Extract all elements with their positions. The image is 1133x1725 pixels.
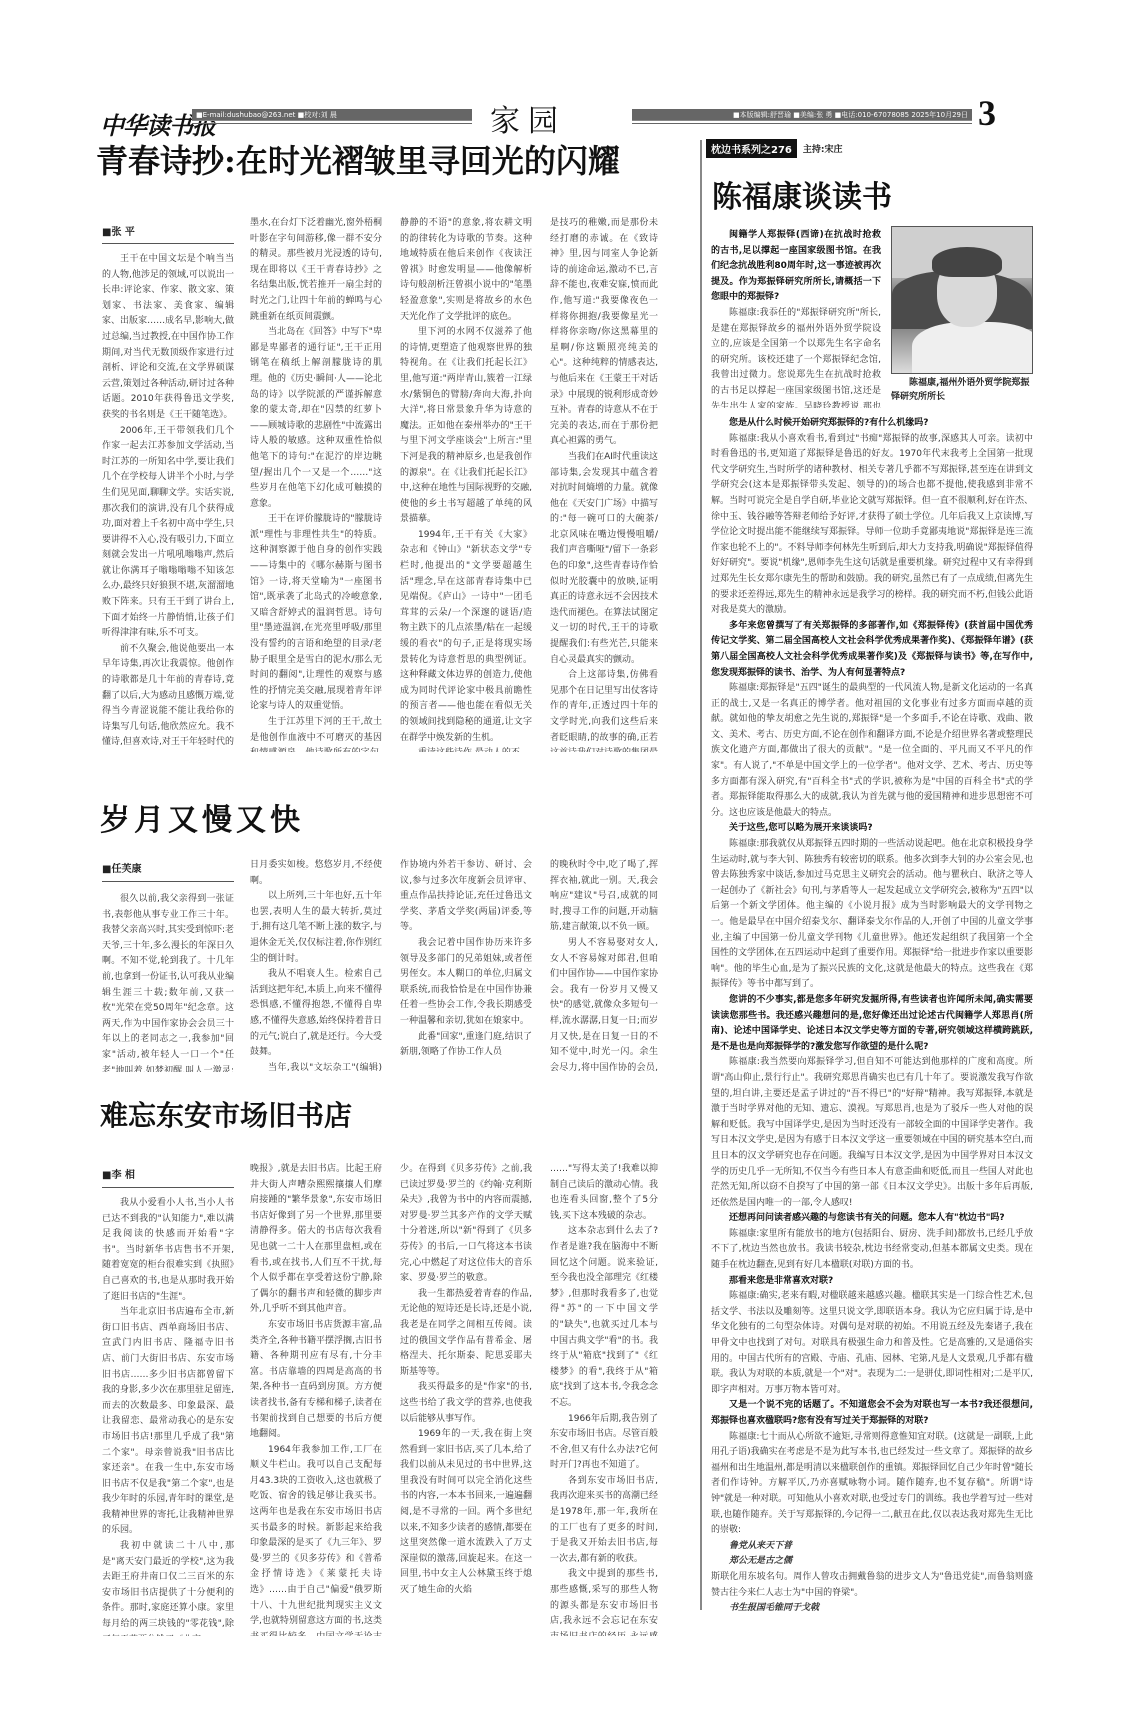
article2-column-4: 的晚秋时令中,吃了喝了,挥挥衣袖,就此一别。天,我会响应"建议"号召,成就的同时… bbox=[550, 858, 658, 1072]
paragraph: 我会记着中国作协历来许多领导及多部门的兄弟姐妹,或者侄男侄女。本人糊口的单位,归… bbox=[400, 936, 532, 1030]
paragraph: 作协境内外若干参访、研讨、会议,参与过多次年度新会员评审、重点作品扶持论证,充任… bbox=[400, 858, 532, 936]
answer-paragraph: 陈福康:我忝任的"郑振铎研究所"所长,是建在郑振铎故乡的福州外语外贸学院设立的,… bbox=[711, 306, 881, 408]
paragraph: 很久以前,我父亲得到一张证书,表彰他从事专业工作三十年。我替父亲高兴时,其实受到… bbox=[102, 892, 234, 1072]
article2-byline-rule bbox=[102, 881, 234, 882]
question-paragraph: 多年来您曾撰写了有关郑振铎的多部著作,如《郑振铎传》(获首届中国优秀传记文学奖、… bbox=[711, 619, 1033, 681]
paragraph: 我文中提到的那些书,那些感慨,采写的那些人物的源头都是东安市场旧书店,我永远不会… bbox=[550, 1567, 658, 1636]
paragraph: 重读这些诗作,最动人的不 bbox=[400, 746, 532, 752]
article2-headline: 岁月又慢又快 bbox=[100, 795, 304, 839]
interview-intro-column: 闽籍学人郑振铎(西谛)在抗战时抢救的古书,足以撑起一座国家级图书馆。在我们纪念抗… bbox=[711, 228, 881, 408]
paragraph: 1964年我参加工作,工厂在顺义牛栏山。我可以自己支配每月43.3块的工资收入,… bbox=[250, 1443, 382, 1636]
article1-headline: 青春诗抄:在时光褶皱里寻回光的闪耀 bbox=[96, 136, 620, 182]
interview-headline: 陈福康谈读书 bbox=[712, 172, 892, 216]
article1-byline-rule bbox=[102, 243, 234, 244]
article3-byline-rule bbox=[102, 1187, 234, 1188]
question-paragraph: 又是一个说不完的话题了。不知道您会不会为对联也写一本书?我还很想问,郑振铎也喜欢… bbox=[711, 1398, 1033, 1429]
article1-column-4: 是技巧的稚嫩,而是那份未经打磨的赤诚。在《致诗神》里,因与同室人争论新诗的前途命… bbox=[550, 216, 658, 752]
paragraph: 当北岛在《回答》中写下"卑鄙是卑鄙者的通行证",王干正用钢笔在稿纸上解剖朦胧诗的… bbox=[250, 325, 382, 512]
article2-column-1: 很久以前,我父亲得到一张证书,表彰他从事专业工作三十年。我替父亲高兴时,其实受到… bbox=[102, 892, 234, 1072]
paragraph: 各到东安市场旧书店,我再次迎来买书的高潮已经是1978年,那一年,我所在的工厂也… bbox=[550, 1474, 658, 1568]
column-divider bbox=[700, 140, 702, 1610]
paragraph: 静静的不语"的意象,将农耕文明的韵律转化为诗歌的节奏。这种地域特质在他后来创作《… bbox=[400, 216, 532, 325]
couplet-line: 书生报国毛锥同于戈戟 bbox=[711, 1601, 1033, 1616]
answer-paragraph: 陈福康:家里所有能放书的地方(包括阳台、厨房、洗手间)都放书,已经几乎放不下了,… bbox=[711, 1227, 1033, 1274]
article1-byline: ■张 平 bbox=[102, 223, 135, 238]
answer-paragraph: 陈福康:七十而从心所欲不逾矩,寻常则得意惟知宜对联。(这就是一副联,上此用孔子语… bbox=[711, 1430, 1033, 1539]
page-number: 3 bbox=[978, 92, 996, 134]
paragraph: 男人不容易娶对女人,女人不容易嫁对郎君,但咱们中国作协——中国作家协会。我有一份… bbox=[550, 936, 658, 1072]
masthead-right-bar: ■本版编辑:舒晋瑜 ■美编:张 勇 ■电话:010-67078085 2025年… bbox=[632, 109, 972, 121]
paragraph: 当年,我以"文坛杂工"(编辑)的身份入会,在文豪如云的团体里,意外受到关照,参加… bbox=[250, 1061, 382, 1072]
photo-caption: 陈福康,福州外语外贸学院郑振铎研究所所长 bbox=[891, 376, 1033, 404]
paragraph: 1966年后期,我告别了东安市场旧书店。尽管百般不舍,但又有什么办法?它何时开门… bbox=[550, 1412, 658, 1474]
article1-column-1: 王干在中国文坛是个响当当的人物,他涉足的领域,可以说出一长串:评论家、作家、散文… bbox=[102, 252, 234, 752]
article2-column-2: 日月委实如梭。悠悠岁月,不经使啊。 以上所列,三十年也好,五十年也罢,表明人生的… bbox=[250, 858, 382, 1072]
paragraph: 这本杂志到什么去了?作者是谁?我在脑海中不断回忆这个问题。说来验证,至今我也没全… bbox=[550, 1224, 658, 1411]
paragraph: 合上这部诗集,仿佛看见那个在日记里写出仗客诗作的青年,正透过四十年的文学时光,向… bbox=[550, 668, 658, 752]
paragraph: 1994年,王干有关《大家》杂志和《钟山》"新状态文学"专栏时,他提出的"文学要… bbox=[400, 528, 532, 746]
paragraph: 墨水,在台灯下泛着幽光,窗外梧桐叶影在字句间游移,像一群不安分的精灵。那些被月光… bbox=[250, 216, 382, 325]
masthead-right-rule bbox=[632, 123, 972, 124]
paragraph: 生于江苏里下河的王干,故土是他创作血液中不可磨灭的基因和情感源泉。他诗歌所有的字… bbox=[250, 715, 382, 752]
intro-question: 闽籍学人郑振铎(西谛)在抗战时抢救的古书,足以撑起一座国家级图书馆。在我们纪念抗… bbox=[711, 228, 881, 306]
masthead-left-rule bbox=[192, 123, 472, 124]
paragraph: 王干在中国文坛是个响当当的人物,他涉足的领域,可以说出一长串:评论家、作家、散文… bbox=[102, 252, 234, 424]
series-tag: 枕边书系列之276 bbox=[706, 139, 797, 158]
paragraph: 王干在评价朦胧诗的"朦胧诗派"理性与非理性共生"的特质。这种洞察源于他自身的创作… bbox=[250, 512, 382, 715]
question-paragraph: 还想再问问读者感兴趣的与您读书有关的问题。您本人有"枕边书"吗? bbox=[711, 1211, 1033, 1227]
paragraph: 以上所列,三十年也好,五十年也罢,表明人生的最大转折,莫过于,拥有这几笔不断上涨… bbox=[250, 889, 382, 967]
question-paragraph: 您讲的不少事实,都是您多年研究发掘所得,有些读者也许闻所未闻,确实需要读读您那些… bbox=[711, 993, 1033, 1055]
couplet-line: 郑公无是古之儒 bbox=[711, 1554, 1033, 1570]
paragraph: 晚报》,就是去旧书店。比起王府井大街人声嘈杂熙熙攘攘人们摩肩接踵的"繁华景象",… bbox=[250, 1162, 382, 1318]
answer-paragraph: 陈福康:我当然要向郑振铎学习,但自知不可能达到他那样的广度和高度。所谓"高山仰止… bbox=[711, 1055, 1033, 1211]
host-credit: 主持:宋庄 bbox=[803, 142, 843, 155]
answer-paragraph: 陈福康:郑振铎是"五四"诞生的最典型的一代风流人物,是新文化运动的一名真正的战士… bbox=[711, 681, 1033, 821]
paragraph: 里下河的水网不仅滋养了他的诗情,更塑造了他观察世界的独特视角。在《让我们托起长江… bbox=[400, 325, 532, 528]
paragraph: 当我们在AI时代重读这部诗集,会发现其中蕴含着对抗时间熵增的力量。就像他在《天安… bbox=[550, 450, 658, 668]
paragraph: 的晚秋时令中,吃了喝了,挥挥衣袖,就此一别。天,我会响应"建议"号召,成就的同时… bbox=[550, 858, 658, 936]
article3-column-3: 少。在得到《贝多芬传》之前,我已读过罗曼·罗兰的《约翰·克利斯朵夫》,我曾为书中… bbox=[400, 1162, 532, 1636]
paragraph: 当年北京旧书店遍布全市,新街口旧书店、西单商场旧书店、宣武门内旧书店、隆福寺旧书… bbox=[102, 1305, 234, 1539]
answer-paragraph: 陈福康:那我就仅从郑振铎五四时期的一些活动说起吧。他在北京积极投身学生运动时,就… bbox=[711, 837, 1033, 993]
paragraph: 是技巧的稚嫩,而是那份未经打磨的赤诚。在《致诗神》里,因与同室人争论新诗的前途命… bbox=[550, 216, 658, 450]
answer-paragraph: 陈福康:确实,老来有暇,对楹联越来越感兴趣。楹联其实是一门综合性艺术,包括文学、… bbox=[711, 1289, 1033, 1398]
question-paragraph: 那看来您是非常喜欢对联? bbox=[711, 1274, 1033, 1290]
paragraph: 1969年的一天,我在街上突然看到一家旧书店,买了几本,给了我们以前从未见过的书… bbox=[400, 1427, 532, 1599]
paragraph: 少。在得到《贝多芬传》之前,我已读过罗曼·罗兰的《约翰·克利斯朵夫》,我曾为书中… bbox=[400, 1162, 532, 1287]
paragraph: 此番"回家",重逢门庭,结识了新朋,领略了作协工作人员 bbox=[400, 1030, 532, 1061]
paragraph: 前不久聚会,他说他要出一本早年诗集,再次让我震惊。他创作的诗歌都是几十年前的青春… bbox=[102, 642, 234, 752]
couplet-line: 鲁党从来天下普 bbox=[711, 1539, 1033, 1555]
article3-headline: 难忘东安市场旧书店 bbox=[100, 1094, 352, 1134]
paragraph: 我从不唱衰人生。检索自己活到这把年纪,本质上,向来不懂得恐惧感,不懂得抱怨,不懂… bbox=[250, 967, 382, 1061]
paragraph: 我初中就读二十八中,那是"离天安门最近的学校",这为我去距王府井南口仅二三百米的… bbox=[102, 1539, 234, 1636]
article3-byline: ■李 相 bbox=[102, 1166, 135, 1181]
paragraph: 我一生都热爱着青春的作品,无论他的短诗还是长诗,还是小说,我老是在同学之间相互传… bbox=[400, 1287, 532, 1381]
paragraph: 东安市场旧书店货源丰富,品类齐全,各种书籍平摆浮搁,古旧书籍、各种期刊应有尽有,… bbox=[250, 1318, 382, 1443]
section-title: 家园 bbox=[490, 96, 566, 140]
article3-column-2: 晚报》,就是去旧书店。比起王府井大街人声嘈杂熙熙攘攘人们摩肩接踵的"繁华景象",… bbox=[250, 1162, 382, 1636]
interviewee-photo bbox=[891, 226, 1033, 374]
article1-column-2: 墨水,在台灯下泛着幽光,窗外梧桐叶影在字句间游移,像一群不安分的精灵。那些被月光… bbox=[250, 216, 382, 752]
article3-column-4: ……"写得太美了!我难以抑制自己读后的激动心情。我也连看头回窗,整个了5分钱,买… bbox=[550, 1162, 658, 1636]
article2-column-3: 作协境内外若干参访、研讨、会议,参与过多次年度新会员评审、重点作品扶持论证,充任… bbox=[400, 858, 532, 1072]
article3-column-1: 我从小爱看小人书,当小人书已达不到我的"认知能力",难以满足我阅读的快感而开始看… bbox=[102, 1196, 234, 1636]
interview-body: 您是从什么时候开始研究郑振铎的?有什么机缘吗? 陈福康:我从小喜欢看书,看到过"… bbox=[711, 416, 1033, 1616]
paragraph: 我从小爱看小人书,当小人书已达不到我的"认知能力",难以满足我阅读的快感而开始看… bbox=[102, 1196, 234, 1305]
paragraph: 我买得最多的是"作家"的书,这些书给了我文学的营养,也使我以后能够从事写作。 bbox=[400, 1380, 532, 1427]
plain-paragraph: 斯联化用东坡名句。周作人曾攻击拥戴鲁翁的进步文人为"鲁迅党徒",而鲁翁则盛赞古往… bbox=[711, 1570, 1033, 1601]
series-header: 枕边书系列之276 主持:宋庄 bbox=[706, 139, 842, 158]
question-paragraph: 您是从什么时候开始研究郑振铎的?有什么机缘吗? bbox=[711, 416, 1033, 432]
article1-column-3: 静静的不语"的意象,将农耕文明的韵律转化为诗歌的节奏。这种地域特质在他后来创作《… bbox=[400, 216, 532, 752]
paragraph: ……"写得太美了!我难以抑制自己读后的激动心情。我也连看头回窗,整个了5分钱,买… bbox=[550, 1162, 658, 1224]
paragraph: 2006年,王干带领我们几个作家一起去江苏参加文学活动,当时江苏的一所知名中学,… bbox=[102, 424, 234, 642]
article2-byline: ■任芙康 bbox=[102, 860, 141, 875]
question-paragraph: 关于这些,您可以略为展开来谈谈吗? bbox=[711, 821, 1033, 837]
answer-paragraph: 陈福康:我从小喜欢看书,看到过"书痴"郑振铎的故事,深感其人可亲。读初中时看鲁迅… bbox=[711, 432, 1033, 619]
paragraph: 日月委实如梭。悠悠岁月,不经使啊。 bbox=[250, 858, 382, 889]
masthead-left-bar: ■E-mail:dushubao@263.net ■校对:刘 晨 bbox=[192, 109, 472, 121]
